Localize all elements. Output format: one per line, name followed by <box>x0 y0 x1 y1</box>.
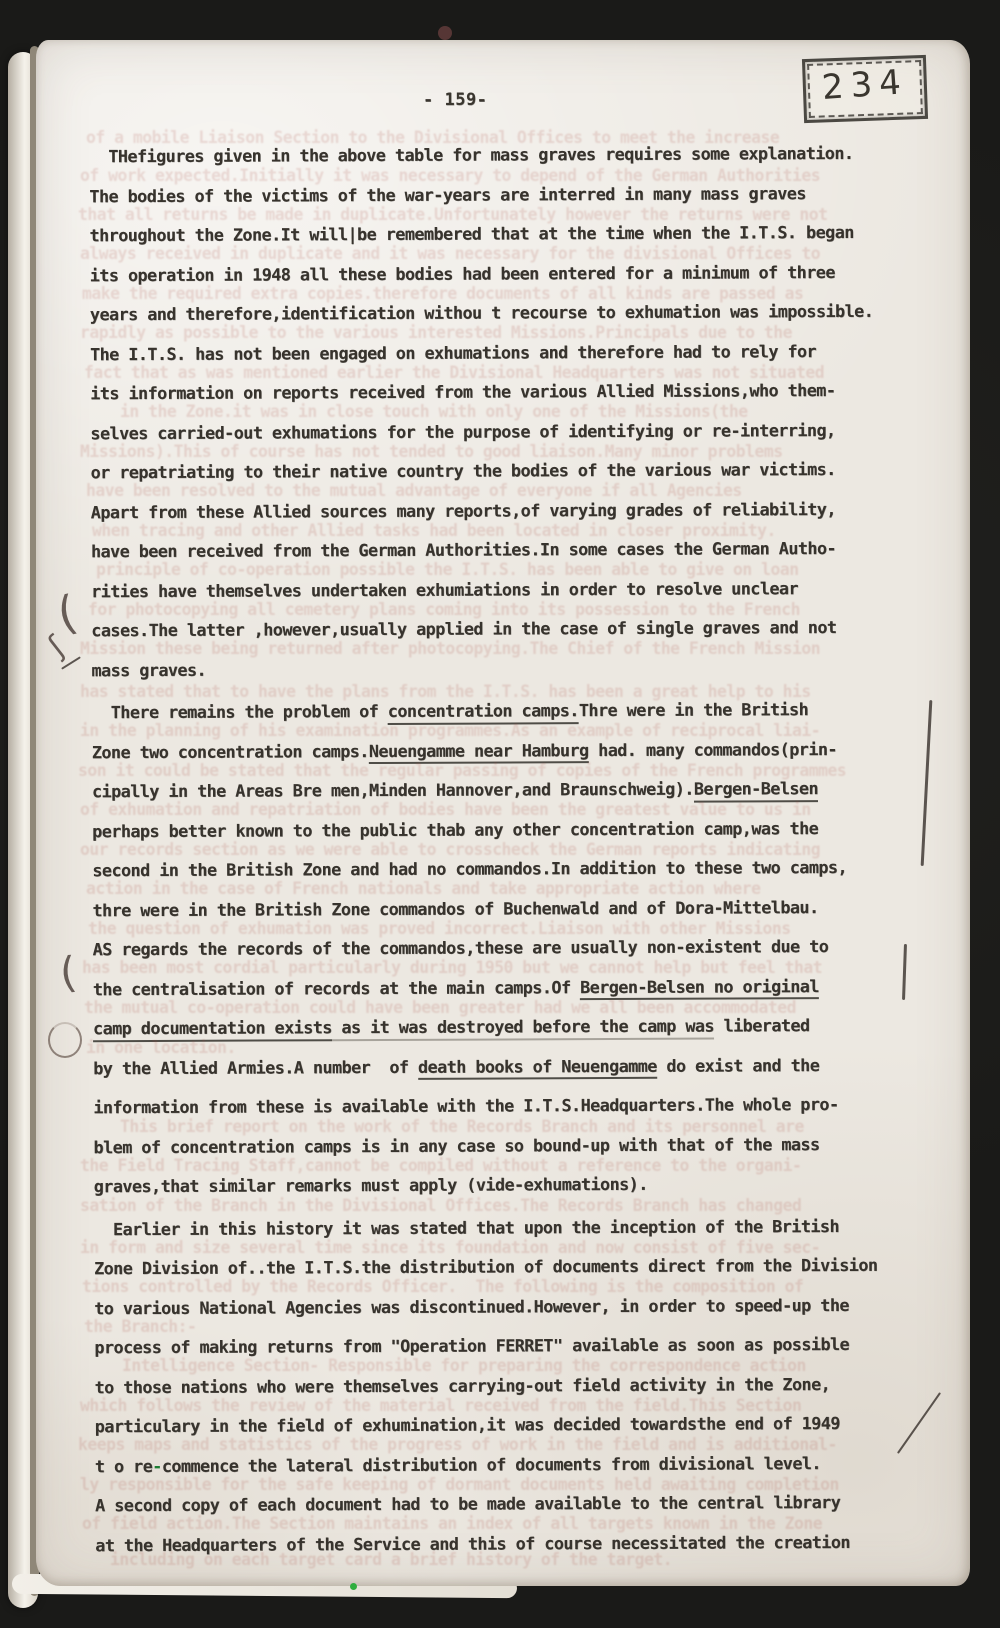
bleedthrough-text-line: Intelligence Section- Responsible for pr… <box>122 1358 806 1374</box>
text-line: its information on reports received from… <box>90 380 835 404</box>
bleedthrough-text-line: of exhumation and repatriation of bodies… <box>80 802 811 818</box>
bleedthrough-text-line: Mission these being returned after photo… <box>80 641 820 657</box>
bleedthrough-text-line: the mutual co-operation could have been … <box>84 1000 796 1016</box>
green-speck <box>350 1583 357 1590</box>
bleedthrough-text-line: in the planning of his examination progr… <box>80 723 820 739</box>
bleedthrough-text-line: Missions).This of course has not tended … <box>80 444 783 460</box>
text-line: by the Allied Armies.A number of death b… <box>93 1055 819 1082</box>
bleedthrough-text-line: action in the case of French nationals a… <box>86 881 761 897</box>
text-line: to those nations who were themselves car… <box>95 1374 831 1398</box>
bleedthrough-text-line: fact that as was mentioned earlier the D… <box>84 365 824 381</box>
text-line: Zone Division of..the I.T.S.the distribu… <box>94 1255 877 1279</box>
bleedthrough-text-line: always received in duplicate and it was … <box>80 246 820 262</box>
text-line: cases.The latter ,however,usually applie… <box>91 617 836 641</box>
pink-smudge <box>438 26 452 40</box>
bleedthrough-text-line: of field action.The Section maintains an… <box>82 1516 822 1532</box>
bleedthrough-text-line: keeps maps and statistics of the progres… <box>78 1437 837 1453</box>
bleedthrough-text-line: our records section as we were able to c… <box>80 842 820 858</box>
bleedthrough-text-line: tions controlled by the Records Officer.… <box>82 1279 803 1295</box>
left-circle-mark <box>48 1022 82 1058</box>
text-line: or repatriating to their native country … <box>91 459 836 483</box>
text-line: Apart from these Allied sources many rep… <box>91 499 836 523</box>
bleedthrough-text-line: of a mobile Liaison Section to the Divis… <box>86 130 779 146</box>
text-line: graves,that similar remarks must apply (… <box>94 1174 648 1197</box>
text-line: process of making returns from "Operatio… <box>94 1334 849 1358</box>
bleedthrough-text-line: sation of the Branch in the Divisional O… <box>80 1198 801 1214</box>
text-line: A second copy of each document had to be… <box>95 1492 840 1516</box>
bleedthrough-text-line: in one location. <box>86 1040 236 1056</box>
text-line: thre were in the British Zone commandos … <box>92 897 818 921</box>
bleedthrough-text-line: principle of co-operation possible the I… <box>96 562 799 578</box>
bleedthrough-text-line: make the required extra copies.therefore… <box>82 286 803 302</box>
text-line: mass graves. <box>91 659 206 680</box>
text-line: blem of concentration camps is in any ca… <box>93 1134 819 1158</box>
text-line: years and therefore,identification witho… <box>90 301 873 325</box>
bleedthrough-text-line: when tracing and other Allied tasks had … <box>92 523 776 539</box>
text-line: its operation in 1948 all these bodies h… <box>90 262 835 286</box>
bleedthrough-text-line: This brief report on the work of the Rec… <box>120 1119 804 1135</box>
bleedthrough-text-line: the Branch:- <box>84 1319 196 1335</box>
text-line: The I.T.S. has not been engaged on exhum… <box>90 341 816 365</box>
bleedthrough-text-line: has been most cordial particularly durin… <box>82 960 822 976</box>
bleedthrough-text-line: has stated that to have the plans from t… <box>80 684 811 700</box>
text-line: throughout the Zone.It will|be remembere… <box>89 222 853 246</box>
text-line: perhaps better known to the public thab … <box>92 818 818 842</box>
text-line: The bodies of the victims of the war-yea… <box>89 183 806 207</box>
text-line: t o re-commence the lateral distribution… <box>95 1453 821 1477</box>
bleedthrough-text-line: son it could be stated that the regular … <box>78 763 846 779</box>
text-line: second in the British Zone and had no co… <box>92 857 847 881</box>
bleedthrough-text-line: have been resolved to the mutual advanta… <box>86 483 742 499</box>
text-line: have been received from the German Autho… <box>91 538 836 562</box>
bleedthrough-text-line: ly responsible for the safe keeping of d… <box>80 1477 839 1493</box>
scanned-document-photo: { "page": { "number_label": "- 159-", "s… <box>0 0 1000 1628</box>
bleedthrough-text-line: the Field Tracing Staff,cannot be compil… <box>80 1158 801 1174</box>
text-line: selves carried-out exhumations for the p… <box>90 420 835 444</box>
text-line: AS regards the records of the commandos,… <box>93 936 829 960</box>
bleedthrough-text-line: the question of exhumation was proved in… <box>88 921 791 937</box>
bleedthrough-text-line: rapidly as possible to the various inter… <box>80 325 792 341</box>
text-line: Earlier in this history it was stated th… <box>94 1216 839 1240</box>
bleedthrough-text-line: in the Zone.it was in close touch with o… <box>120 404 748 420</box>
text-line: information from these is available with… <box>93 1094 838 1118</box>
bleedthrough-text-line: that all returns be made in duplicate.Un… <box>78 207 827 223</box>
bleedthrough-text-line: in form and size several time since its … <box>80 1240 820 1256</box>
bleedthrough-text-line: including on each target card a brief hi… <box>110 1552 672 1568</box>
text-line: rities have themselves undertaken exhumi… <box>91 578 798 602</box>
bleedthrough-text-line: for photocopying all cemetery plans comi… <box>88 602 800 618</box>
bleedthrough-text-line: which follows the review of the material… <box>80 1398 801 1414</box>
bleedthrough-text-line: of work expected.Initially it was necess… <box>80 168 820 184</box>
text-line: to various National Agencies was discont… <box>94 1294 849 1318</box>
text-line: particulary in the field of exhumination… <box>95 1413 840 1437</box>
